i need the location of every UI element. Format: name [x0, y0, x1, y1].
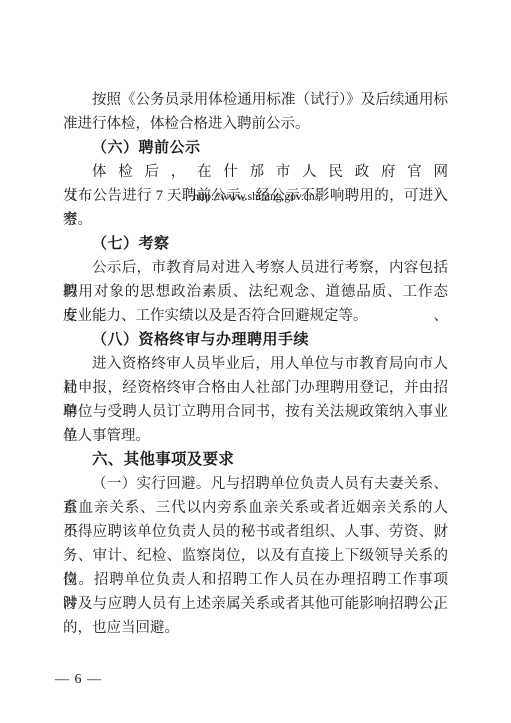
- subsection-heading-8: （八）资格终审与办理聘用手续: [63, 328, 448, 352]
- paragraph-line: （一）实行回避。凡与招聘单位负责人员有夫妻关系、直: [63, 472, 448, 496]
- subsection-heading-7: （七）考察: [63, 232, 448, 256]
- paragraph-line: 按照《公务员录用体检通用标准（试行）》及后续通用标: [63, 88, 448, 112]
- subsection-heading-6: （六）聘前公示: [63, 136, 448, 160]
- section-heading-6: 六、其他事项及要求: [63, 448, 448, 472]
- paragraph-line: 发布公告进行 7 天聘前公示。经公示不影响聘用的，可进入考: [63, 184, 448, 208]
- paragraph-line: 局申报，经资格终审合格由人社部门办理聘用登记，并由招聘: [63, 376, 448, 400]
- paragraph-line: 位。招聘单位负责人和招聘工作人员在办理招聘工作事项时，: [63, 568, 448, 592]
- document-page: 按照《公务员录用体检通用标准（试行）》及后续通用标 准进行体检，体检合格进入聘前…: [0, 0, 511, 723]
- paragraph-line: 察。: [63, 208, 448, 232]
- paragraph-line: 涉及与应聘人员有上述亲属关系或者其他可能影响招聘公正: [63, 592, 448, 616]
- paragraph-line: 进入资格终审人员毕业后，用人单位与市教育局向市人社: [63, 352, 448, 376]
- paragraph-line: 位人事管理。: [63, 424, 448, 448]
- page-number: — 6 —: [55, 670, 102, 690]
- document-body: 按照《公务员录用体检通用标准（试行）》及后续通用标 准进行体检，体检合格进入聘前…: [63, 88, 448, 640]
- paragraph-line: 单位与受聘人员订立聘用合同书，按有关法规政策纳入事业单: [63, 400, 448, 424]
- paragraph-line: 聘用对象的思想政治素质、法纪观念、道德品质、工作态度、: [63, 280, 448, 304]
- paragraph-line: 务、审计、纪检、监察岗位，以及有直接上下级领导关系的岗: [63, 544, 448, 568]
- paragraph-line: 系血亲关系、三代以内旁系血亲关系或者近姻亲关系的人员，: [63, 496, 448, 520]
- paragraph-line: 体检后，在什邡市人民政府官网（http://www.shifang.gov.cn…: [63, 160, 448, 184]
- paragraph-line: 的，也应当回避。: [63, 616, 448, 640]
- paragraph-line: 公示后，市教育局对进入考察人员进行考察，内容包括拟: [63, 256, 448, 280]
- paragraph-line: 准进行体检，体检合格进入聘前公示。: [63, 112, 448, 136]
- paragraph-line: 不得应聘该单位负责人员的秘书或者组织、人事、劳资、财: [63, 520, 448, 544]
